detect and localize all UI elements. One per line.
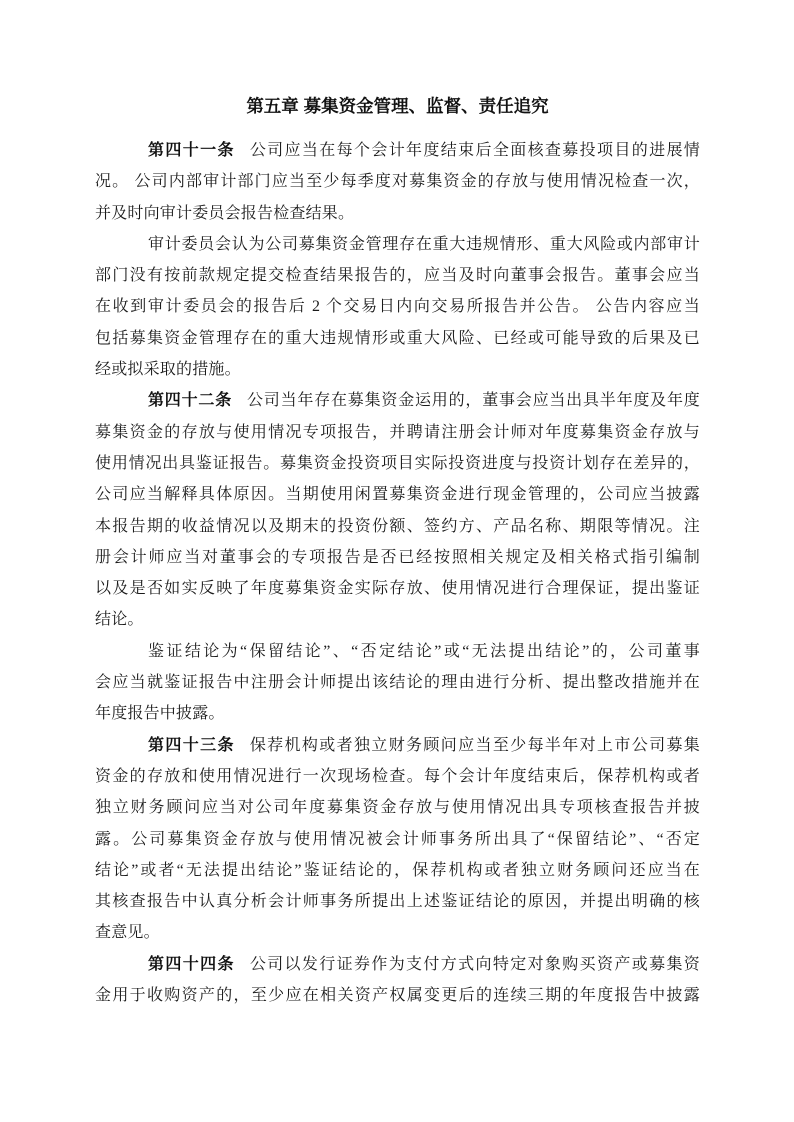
text-line: 部门没有按前款规定提交检查结果报告的，应当及时向董事会报告。董事会应当 <box>95 260 700 291</box>
line-text: 保荐机构或者独立财务顾问应当至少每半年对上市公司募集 <box>250 737 700 754</box>
paragraphs: 第四十一条公司应当在每个会计年度结束后全面核查募投项目的进展情 况。 公司内部审… <box>95 135 700 1011</box>
text-line: 在收到审计委员会的报告后 2 个交易日内向交易所报告并公告。 公告内容应当 <box>95 291 700 322</box>
text-line: 本报告期的收益情况以及期末的投资份额、签约方、产品名称、期限等情况。注 <box>95 511 700 542</box>
chapter-title: 第五章 募集资金管理、监督、责任追究 <box>95 95 700 117</box>
text-line: 其核查报告中认真分析会计师事务所提出上述鉴证结论的原因，并提出明确的核 <box>95 886 700 917</box>
text-line: 况。 公司内部审计部门应当至少每季度对募集资金的存放与使用情况检查一次， <box>95 166 700 197</box>
document-page: 第五章 募集资金管理、监督、责任追究 第四十一条公司应当在每个会计年度结束后全面… <box>0 0 794 1122</box>
line-text: 公司以发行证券作为支付方式向特定对象购买资产或募集资 <box>250 956 700 973</box>
text-line: 结论。 <box>95 604 700 635</box>
text-line: 资金的存放和使用情况进行一次现场检查。每个会计年度结束后，保荐机构或者 <box>95 761 700 792</box>
text-line: 金用于收购资产的，至少应在相关资产权属变更后的连续三期的年度报告中披露 <box>95 980 700 1011</box>
text-line: 会应当就鉴证报告中注册会计师提出该结论的理由进行分析、提出整改措施并在 <box>95 667 700 698</box>
document-content: 第五章 募集资金管理、监督、责任追究 第四十一条公司应当在每个会计年度结束后全面… <box>95 95 700 1011</box>
text-line: 第四十二条公司当年存在募集资金运用的，董事会应当出具半年度及年度 <box>95 385 700 416</box>
text-line: 独立财务顾问应当对公司年度募集资金存放与使用情况出具专项核查报告并披 <box>95 792 700 823</box>
text-line: 审计委员会认为公司募集资金管理存在重大违规情形、重大风险或内部审计 <box>95 229 700 260</box>
text-line: 并及时向审计委员会报告检查结果。 <box>95 198 700 229</box>
article-number: 第四十一条 <box>148 142 235 159</box>
text-line: 鉴证结论为“保留结论”、“否定结论”或“无法提出结论”的，公司董事 <box>95 636 700 667</box>
article-number: 第四十四条 <box>148 956 235 973</box>
text-line: 包括募集资金管理存在的重大违规情形或重大风险、已经或可能导致的后果及已 <box>95 323 700 354</box>
text-line: 年度报告中披露。 <box>95 698 700 729</box>
article-number: 第四十三条 <box>148 737 235 754</box>
article-number: 第四十二条 <box>148 392 232 409</box>
text-line: 第四十三条保荐机构或者独立财务顾问应当至少每半年对上市公司募集 <box>95 730 700 761</box>
text-line: 第四十一条公司应当在每个会计年度结束后全面核查募投项目的进展情 <box>95 135 700 166</box>
text-line: 公司应当解释具体原因。当期使用闲置募集资金进行现金管理的，公司应当披露 <box>95 479 700 510</box>
text-line: 募集资金的存放与使用情况专项报告，并聘请注册会计师对年度募集资金存放与 <box>95 417 700 448</box>
line-text: 公司应当在每个会计年度结束后全面核查募投项目的进展情 <box>250 142 700 159</box>
line-text: 公司当年存在募集资金运用的，董事会应当出具半年度及年度 <box>247 392 700 409</box>
text-line: 册会计师应当对董事会的专项报告是否已经按照相关规定及相关格式指引编制 <box>95 542 700 573</box>
text-line: 以及是否如实反映了年度募集资金实际存放、使用情况进行合理保证，提出鉴证 <box>95 573 700 604</box>
text-line: 第四十四条公司以发行证券作为支付方式向特定对象购买资产或募集资 <box>95 949 700 980</box>
text-line: 使用情况出具鉴证报告。募集资金投资项目实际投资进度与投资计划存在差异的， <box>95 448 700 479</box>
text-line: 经或拟采取的措施。 <box>95 354 700 385</box>
text-line: 露。公司募集资金存放与使用情况被会计师事务所出具了“保留结论”、“否定 <box>95 824 700 855</box>
text-line: 结论”或者“无法提出结论”鉴证结论的，保荐机构或者独立财务顾问还应当在 <box>95 855 700 886</box>
text-line: 查意见。 <box>95 917 700 948</box>
